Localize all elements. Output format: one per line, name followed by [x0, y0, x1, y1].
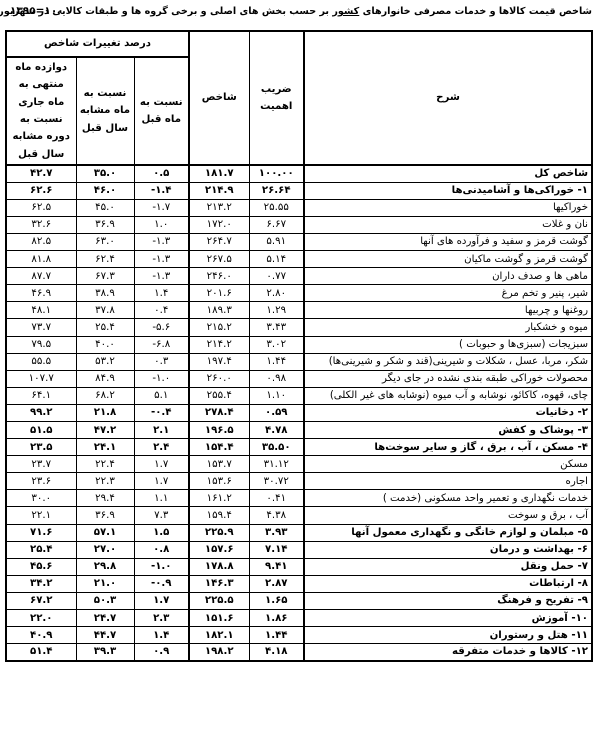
title-bar: شاخص قیمت کالاها و خدمات مصرفی خانوارهای…	[8, 3, 592, 27]
title-text: شاخص قیمت کالاها و خدمات مصرفی خانوارهای	[359, 6, 592, 17]
cell-mom: -۱.۰	[134, 558, 189, 575]
cell-index: ۱۷۲.۰	[189, 216, 249, 233]
cell-yoy: ۸۴.۹	[76, 370, 134, 387]
cell-index: ۱۹۷.۴	[189, 353, 249, 370]
cell-12mo: ۵۵.۵	[6, 353, 76, 370]
cell-desc: ۵- مبلمان و لوازم خانگی و نگهداری معمول …	[304, 524, 592, 541]
cell-yoy: ۴۷.۲	[76, 421, 134, 438]
table-row: ۳- پوشاک و کفش۴.۷۸۱۹۶.۵۲.۱۴۷.۲۵۱.۵	[6, 421, 592, 438]
cell-weight: ۰.۹۸	[249, 370, 304, 387]
cell-yoy: ۲۴.۱	[76, 439, 134, 456]
cell-index: ۱۵۳.۷	[189, 456, 249, 473]
table-row: گوشت قرمز و گوشت ماکیان۵.۱۴۲۶۷.۵-۱.۳۶۲.۴…	[6, 251, 592, 268]
cell-desc: ۱۲- کالاها و خدمات متفرقه	[304, 644, 592, 661]
table-row: نان و غلات۶.۶۷۱۷۲.۰۱.۰۳۶.۹۳۲.۶	[6, 216, 592, 233]
cell-index: ۱۵۷.۶	[189, 541, 249, 558]
cell-yoy: ۳۶.۹	[76, 507, 134, 524]
cell-weight: ۶.۶۷	[249, 216, 304, 233]
cell-yoy: ۶۳.۰	[76, 233, 134, 250]
cell-12mo: ۸۱.۸	[6, 251, 76, 268]
cell-12mo: ۵۱.۴	[6, 644, 76, 661]
cell-12mo: ۴۶.۹	[6, 285, 76, 302]
cell-mom: -۱.۳	[134, 233, 189, 250]
cell-yoy: ۲۷.۰	[76, 541, 134, 558]
cell-index: ۲۱۳.۲	[189, 199, 249, 216]
table-row: ۲- دخانیات۰.۵۹۲۷۸.۴-۰.۴۲۱.۸۹۹.۲	[6, 404, 592, 421]
cell-yoy: ۳۶.۹	[76, 216, 134, 233]
cell-index: ۲۰۱.۶	[189, 285, 249, 302]
table-row: شکر، مربا، عسل ، شکلات و شیرینی(قند و شک…	[6, 353, 592, 370]
cell-index: ۱۵۱.۶	[189, 610, 249, 627]
cell-weight: ۴.۳۸	[249, 507, 304, 524]
cell-weight: ۳۱.۱۲	[249, 456, 304, 473]
cell-mom: ۲.۱	[134, 421, 189, 438]
cell-12mo: ۶۷.۲	[6, 592, 76, 609]
cell-yoy: ۲۹.۸	[76, 558, 134, 575]
cell-yoy: ۲۹.۴	[76, 490, 134, 507]
cell-weight: ۳۵.۵۰	[249, 439, 304, 456]
cell-yoy: ۵۳.۲	[76, 353, 134, 370]
cell-yoy: ۶۸.۲	[76, 387, 134, 404]
col-header-mom: نسبت به ماه قبل	[134, 57, 189, 165]
cell-12mo: ۲۳.۵	[6, 439, 76, 456]
cell-desc: خوراکیها	[304, 199, 592, 216]
cell-mom: ۰.۵	[134, 165, 189, 182]
cell-12mo: ۷۳.۷	[6, 319, 76, 336]
cell-mom: ۱.۷	[134, 473, 189, 490]
cell-mom: -۰.۹	[134, 575, 189, 592]
cell-desc: محصولات خوراکی طبقه بندی نشده در جای دیگ…	[304, 370, 592, 387]
table-row: آب ، برق و سوخت۴.۳۸۱۵۹.۴۷.۳۳۶.۹۲۲.۱	[6, 507, 592, 524]
cell-desc: ۱۱- هتل و رستوران	[304, 627, 592, 644]
cell-yoy: ۳۹.۳	[76, 644, 134, 661]
cell-weight: ۲.۸۷	[249, 575, 304, 592]
cell-weight: ۰.۵۹	[249, 404, 304, 421]
cell-12mo: ۴۸.۱	[6, 302, 76, 319]
cell-mom: ۰.۹	[134, 644, 189, 661]
cell-weight: ۰.۷۷	[249, 268, 304, 285]
cell-index: ۱۴۶.۳	[189, 575, 249, 592]
cell-weight: ۳.۰۲	[249, 336, 304, 353]
cell-mom: ۲.۳	[134, 610, 189, 627]
col-header-index: شاخص	[189, 31, 249, 165]
table-row: اجاره۳۰.۷۲۱۵۳.۶۱.۷۲۲.۳۲۳.۶	[6, 473, 592, 490]
cell-desc: ۶- بهداشت و درمان	[304, 541, 592, 558]
cell-desc: گوشت قرمز و گوشت ماکیان	[304, 251, 592, 268]
col-header-weight: ضریب اهمیت	[249, 31, 304, 165]
cell-12mo: ۱۰۷.۷	[6, 370, 76, 387]
cell-12mo: ۲۳.۷	[6, 456, 76, 473]
cell-12mo: ۲۳.۶	[6, 473, 76, 490]
cell-mom: ۵.۱	[134, 387, 189, 404]
cell-12mo: ۵۱.۵	[6, 421, 76, 438]
cell-yoy: ۲۱.۸	[76, 404, 134, 421]
cell-desc: خدمات نگهداری و تعمیر واحد مسکونی (خدمت …	[304, 490, 592, 507]
cell-index: ۲۱۵.۲	[189, 319, 249, 336]
cell-desc: ۱- خوراکی‌ها و آشامیدنی‌ها	[304, 182, 592, 199]
cell-index: ۲۲۵.۹	[189, 524, 249, 541]
cell-yoy: ۴۰.۰	[76, 336, 134, 353]
cell-index: ۲۲۵.۵	[189, 592, 249, 609]
table-row: محصولات خوراکی طبقه بندی نشده در جای دیگ…	[6, 370, 592, 387]
cell-weight: ۵.۱۴	[249, 251, 304, 268]
cell-mom: ۱.۷	[134, 592, 189, 609]
cell-yoy: ۳۵.۰	[76, 165, 134, 182]
table-row: ۷- حمل ونقل۹.۴۱۱۷۸.۸-۱.۰۲۹.۸۴۵.۶	[6, 558, 592, 575]
table-body: شاخص کل۱۰۰.۰۰۱۸۱.۷۰.۵۳۵.۰۴۲.۷۱- خوراکی‌ه…	[6, 165, 592, 661]
cell-yoy: ۳۷.۸	[76, 302, 134, 319]
cell-12mo: ۶۴.۱	[6, 387, 76, 404]
table-row: شیر، پنیر و تخم مرغ۲.۸۰۲۰۱.۶۱.۴۳۸.۹۴۶.۹	[6, 285, 592, 302]
cell-mom: -۱.۴	[134, 182, 189, 199]
cell-desc: چای، قهوه، کاکائو، نوشابه و آب میوه (نوش…	[304, 387, 592, 404]
table-row: مسکن۳۱.۱۲۱۵۳.۷۱.۷۲۲.۴۲۳.۷	[6, 456, 592, 473]
cell-weight: ۱۰۰.۰۰	[249, 165, 304, 182]
cell-desc: ۱۰- آموزش	[304, 610, 592, 627]
cell-mom: -۶.۸	[134, 336, 189, 353]
cell-desc: میوه و خشکبار	[304, 319, 592, 336]
col-header-yoy: نسبت به ماه مشابه سال قبل	[76, 57, 134, 165]
cell-mom: -۱.۰	[134, 370, 189, 387]
cell-desc: سبزیجات (سبزی‌ها و حبوبات )	[304, 336, 592, 353]
title-underlined-word: کشور	[332, 6, 359, 17]
cell-12mo: ۳۰.۰	[6, 490, 76, 507]
cell-mom: ۷.۳	[134, 507, 189, 524]
col-header-pct-group: درصد تغییرات شاخص	[6, 31, 189, 57]
cell-desc: شاخص کل	[304, 165, 592, 182]
col-header-12mo: دوازده ماه منتهی به ماه جاری نسبت به دور…	[6, 57, 76, 165]
cell-index: ۲۶۷.۵	[189, 251, 249, 268]
table-row: روغنها و چربیها۱.۲۹۱۸۹.۳۰.۴۳۷.۸۴۸.۱	[6, 302, 592, 319]
cell-index: ۱۸۹.۳	[189, 302, 249, 319]
cell-mom: ۰.۸	[134, 541, 189, 558]
cell-weight: ۱.۱۰	[249, 387, 304, 404]
table-row: ۹- تفریح و فرهنگ۱.۶۵۲۲۵.۵۱.۷۵۰.۳۶۷.۲	[6, 592, 592, 609]
cell-desc: شکر، مربا، عسل ، شکلات و شیرینی(قند و شک…	[304, 353, 592, 370]
page-title: شاخص قیمت کالاها و خدمات مصرفی خانوارهای…	[0, 6, 592, 17]
table-row: ۱۲- کالاها و خدمات متفرقه۴.۱۸۱۹۸.۲۰.۹۳۹.…	[6, 644, 592, 661]
cell-mom: ۰.۳	[134, 353, 189, 370]
cell-12mo: ۸۷.۷	[6, 268, 76, 285]
cell-12mo: ۷۱.۶	[6, 524, 76, 541]
table-row: میوه و خشکبار۳.۴۳۲۱۵.۲-۵.۶۲۵.۴۷۳.۷	[6, 319, 592, 336]
cell-12mo: ۹۹.۲	[6, 404, 76, 421]
cell-weight: ۲.۸۰	[249, 285, 304, 302]
cell-12mo: ۴۲.۷	[6, 165, 76, 182]
cell-12mo: ۶۲.۶	[6, 182, 76, 199]
cell-12mo: ۲۲.۱	[6, 507, 76, 524]
cell-mom: ۱.۵	[134, 524, 189, 541]
cell-desc: آب ، برق و سوخت	[304, 507, 592, 524]
cell-weight: ۰.۴۱	[249, 490, 304, 507]
cell-yoy: ۲۴.۷	[76, 610, 134, 627]
cell-mom: -۵.۶	[134, 319, 189, 336]
cell-yoy: ۲۲.۳	[76, 473, 134, 490]
cell-12mo: ۶۲.۵	[6, 199, 76, 216]
cell-12mo: ۳۲.۶	[6, 216, 76, 233]
cell-yoy: ۴۶.۰	[76, 182, 134, 199]
cell-desc: ۸- ارتباطات	[304, 575, 592, 592]
cell-yoy: ۶۲.۴	[76, 251, 134, 268]
cell-weight: ۴.۱۸	[249, 644, 304, 661]
cpi-table: شرح ضریب اهمیت شاخص درصد تغییرات شاخص نس…	[5, 30, 593, 662]
cell-weight: ۱.۴۴	[249, 353, 304, 370]
cell-desc: اجاره	[304, 473, 592, 490]
cell-mom: -۱.۳	[134, 268, 189, 285]
cell-12mo: ۴۰.۹	[6, 627, 76, 644]
cell-index: ۲۱۴.۹	[189, 182, 249, 199]
table-row: ۱۰- آموزش۱.۸۶۱۵۱.۶۲.۳۲۴.۷۲۲.۰	[6, 610, 592, 627]
cell-weight: ۳.۴۳	[249, 319, 304, 336]
table-row: گوشت قرمز و سفید و فرآورده های آنها۵.۹۱۲…	[6, 233, 592, 250]
cell-mom: ۲.۴	[134, 439, 189, 456]
cell-index: ۱۶۱.۲	[189, 490, 249, 507]
cell-index: ۲۷۸.۴	[189, 404, 249, 421]
cell-mom: -۱.۳	[134, 251, 189, 268]
cell-12mo: ۳۴.۲	[6, 575, 76, 592]
cell-yoy: ۵۷.۱	[76, 524, 134, 541]
cell-yoy: ۴۵.۰	[76, 199, 134, 216]
table-row: ماهی ها و صدف داران۰.۷۷۲۴۶.۰-۱.۳۶۷.۳۸۷.۷	[6, 268, 592, 285]
cell-weight: ۳.۹۳	[249, 524, 304, 541]
cell-index: ۲۴۶.۰	[189, 268, 249, 285]
cell-desc: شیر، پنیر و تخم مرغ	[304, 285, 592, 302]
header-row-1: شرح ضریب اهمیت شاخص درصد تغییرات شاخص	[6, 31, 592, 57]
cell-index: ۲۱۴.۲	[189, 336, 249, 353]
cell-desc: ۴- مسکن ، آب ، برق ، گاز و سایر سوخت‌ها	[304, 439, 592, 456]
cell-12mo: ۸۲.۵	[6, 233, 76, 250]
cell-desc: ماهی ها و صدف داران	[304, 268, 592, 285]
cell-yoy: ۵۰.۳	[76, 592, 134, 609]
cell-12mo: ۷۹.۵	[6, 336, 76, 353]
cell-index: ۱۸۱.۷	[189, 165, 249, 182]
cell-weight: ۱.۴۴	[249, 627, 304, 644]
cell-mom: ۰.۴	[134, 302, 189, 319]
cell-yoy: ۲۵.۴	[76, 319, 134, 336]
table-row: چای، قهوه، کاکائو، نوشابه و آب میوه (نوش…	[6, 387, 592, 404]
table-row: ۶- بهداشت و درمان۷.۱۴۱۵۷.۶۰.۸۲۷.۰۲۵.۴	[6, 541, 592, 558]
cell-mom: -۰.۴	[134, 404, 189, 421]
table-row: ۱۱- هتل و رستوران۱.۴۴۱۸۲.۱۱.۴۴۴.۷۴۰.۹	[6, 627, 592, 644]
cell-weight: ۱.۶۵	[249, 592, 304, 609]
cell-index: ۱۷۸.۸	[189, 558, 249, 575]
table-row: ۱- خوراکی‌ها و آشامیدنی‌ها۲۶.۶۴۲۱۴.۹-۱.۴…	[6, 182, 592, 199]
cell-desc: ۲- دخانیات	[304, 404, 592, 421]
table-row: خدمات نگهداری و تعمیر واحد مسکونی (خدمت …	[6, 490, 592, 507]
report-page: شاخص قیمت کالاها و خدمات مصرفی خانوارهای…	[0, 0, 600, 738]
col-header-desc: شرح	[304, 31, 592, 165]
cell-weight: ۷.۱۴	[249, 541, 304, 558]
cell-index: ۲۶۰.۰	[189, 370, 249, 387]
table-header: شرح ضریب اهمیت شاخص درصد تغییرات شاخص نس…	[6, 31, 592, 165]
cell-weight: ۱.۲۹	[249, 302, 304, 319]
cell-mom: -۱.۷	[134, 199, 189, 216]
cell-weight: ۳۰.۷۲	[249, 473, 304, 490]
cell-desc: ۹- تفریح و فرهنگ	[304, 592, 592, 609]
table-row: خوراکیها۲۵.۵۵۲۱۳.۲-۱.۷۴۵.۰۶۲.۵	[6, 199, 592, 216]
cell-weight: ۱.۸۶	[249, 610, 304, 627]
base-year-note: ۱۳۹۵=۱۰۰	[10, 5, 64, 17]
table-row: سبزیجات (سبزی‌ها و حبوبات )۳.۰۲۲۱۴.۲-۶.۸…	[6, 336, 592, 353]
cell-weight: ۵.۹۱	[249, 233, 304, 250]
table-row: ۴- مسکن ، آب ، برق ، گاز و سایر سوخت‌ها۳…	[6, 439, 592, 456]
cell-desc: ۳- پوشاک و کفش	[304, 421, 592, 438]
cell-index: ۱۵۳.۶	[189, 473, 249, 490]
cell-mom: ۱.۴	[134, 285, 189, 302]
cell-yoy: ۶۷.۳	[76, 268, 134, 285]
cell-index: ۲۶۴.۷	[189, 233, 249, 250]
cell-weight: ۲۵.۵۵	[249, 199, 304, 216]
cell-mom: ۱.۰	[134, 216, 189, 233]
cell-mom: ۱.۱	[134, 490, 189, 507]
cell-index: ۱۵۴.۴	[189, 439, 249, 456]
cell-weight: ۲۶.۶۴	[249, 182, 304, 199]
cell-yoy: ۲۱.۰	[76, 575, 134, 592]
cell-index: ۱۵۹.۴	[189, 507, 249, 524]
cell-yoy: ۳۸.۹	[76, 285, 134, 302]
cell-desc: گوشت قرمز و سفید و فرآورده های آنها	[304, 233, 592, 250]
cell-desc: روغنها و چربیها	[304, 302, 592, 319]
cell-12mo: ۲۵.۴	[6, 541, 76, 558]
cell-12mo: ۲۲.۰	[6, 610, 76, 627]
cell-mom: ۱.۴	[134, 627, 189, 644]
cell-index: ۱۹۸.۲	[189, 644, 249, 661]
cell-yoy: ۲۲.۴	[76, 456, 134, 473]
cell-index: ۱۹۶.۵	[189, 421, 249, 438]
cell-yoy: ۴۴.۷	[76, 627, 134, 644]
cell-weight: ۴.۷۸	[249, 421, 304, 438]
table-row: شاخص کل۱۰۰.۰۰۱۸۱.۷۰.۵۳۵.۰۴۲.۷	[6, 165, 592, 182]
table-row: ۵- مبلمان و لوازم خانگی و نگهداری معمول …	[6, 524, 592, 541]
cell-12mo: ۴۵.۶	[6, 558, 76, 575]
cell-mom: ۱.۷	[134, 456, 189, 473]
cell-desc: نان و غلات	[304, 216, 592, 233]
table-row: ۸- ارتباطات۲.۸۷۱۴۶.۳-۰.۹۲۱.۰۳۴.۲	[6, 575, 592, 592]
cell-desc: مسکن	[304, 456, 592, 473]
cell-weight: ۹.۴۱	[249, 558, 304, 575]
cell-index: ۱۸۲.۱	[189, 627, 249, 644]
cell-index: ۲۵۵.۴	[189, 387, 249, 404]
cell-desc: ۷- حمل ونقل	[304, 558, 592, 575]
